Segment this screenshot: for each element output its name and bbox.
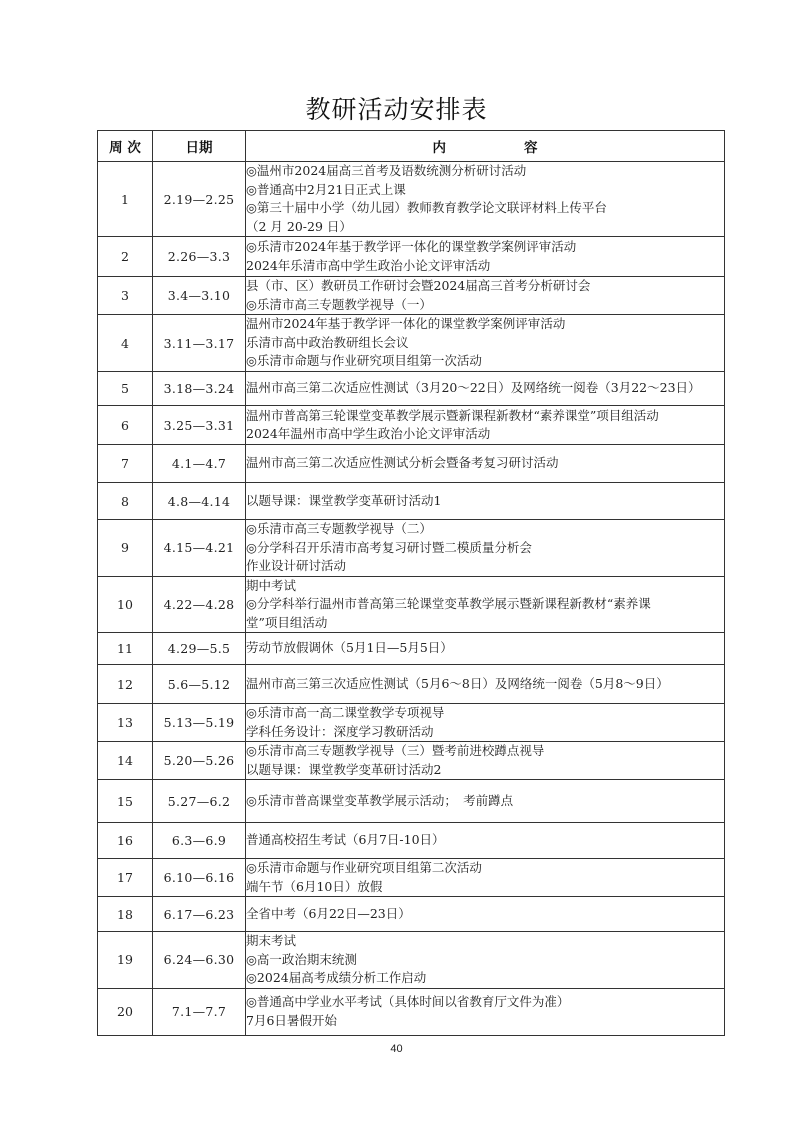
table-row: 135.13—5.19◎乐清市高一高二课堂教学专项视导学科任务设计：深度学习教研… (98, 704, 725, 742)
date-cell: 2.26—3.3 (153, 237, 246, 277)
date-cell: 3.18—3.24 (153, 372, 246, 406)
content-line: 乐清市高中政治教研组长会议 (246, 334, 724, 353)
table-row: 94.15—4.21◎乐清市高三专题教学视导（二）◎分学科召开乐清市高考复习研讨… (98, 520, 725, 577)
content-cell: 期末考试◎高一政治期末统测◎2024届高考成绩分析工作启动 (246, 932, 725, 989)
content-cell: 全省中考（6月22日—23日） (246, 897, 725, 932)
week-cell: 4 (98, 315, 153, 372)
table-row: 53.18—3.24温州市高三第二次适应性测试（3月20～22日）及网络统一阅卷… (98, 372, 725, 406)
table-row: 43.11—3.17温州市2024年基于教学评一体化的课堂教学案例评审活动乐清市… (98, 315, 725, 372)
content-line: ◎乐清市命题与作业研究项目组第二次活动 (246, 859, 724, 878)
header-content-right: 容 (524, 136, 538, 156)
date-cell: 6.10—6.16 (153, 859, 246, 897)
table-row: 166.3—6.9普通高校招生考试（6月7日-10日） (98, 823, 725, 859)
date-cell: 7.1—7.7 (153, 988, 246, 1035)
week-cell: 18 (98, 897, 153, 932)
content-line: 端午节（6月10日）放假 (246, 878, 724, 897)
content-line: 以题导课：课堂教学变革研讨活动2 (246, 761, 724, 780)
date-cell: 5.13—5.19 (153, 704, 246, 742)
content-cell: 温州市高三第二次适应性测试分析会暨备考复习研讨活动 (246, 445, 725, 483)
content-line: （2 月 20-29 日） (246, 218, 724, 237)
week-cell: 1 (98, 162, 153, 237)
content-line: ◎高一政治期末统测 (246, 951, 724, 970)
content-line: 2024年温州市高中学生政治小论文评审活动 (246, 425, 724, 444)
content-line: ◎乐清市2024年基于教学评一体化的课堂教学案例评审活动 (246, 238, 724, 257)
header-week: 周 次 (98, 131, 153, 162)
week-cell: 13 (98, 704, 153, 742)
table-row: 196.24—6.30期末考试◎高一政治期末统测◎2024届高考成绩分析工作启动 (98, 932, 725, 989)
content-line: ◎乐清市高三专题教学视导（三）暨考前进校蹲点视导 (246, 742, 724, 761)
content-line: ◎乐清市命题与作业研究项目组第一次活动 (246, 352, 724, 371)
content-cell: 期中考试◎分学科举行温州市普高第三轮课堂变革教学展示暨新课程新教材“素养课堂”项… (246, 576, 725, 633)
week-cell: 10 (98, 576, 153, 633)
content-line: 期中考试 (246, 577, 724, 596)
week-cell: 8 (98, 483, 153, 520)
content-line: 作业设计研讨活动 (246, 557, 724, 576)
content-line: 温州市2024年基于教学评一体化的课堂教学案例评审活动 (246, 315, 724, 334)
content-cell: 温州市高三第二次适应性测试（3月20～22日）及网络统一阅卷（3月22～23日） (246, 372, 725, 406)
week-cell: 14 (98, 742, 153, 780)
week-cell: 6 (98, 406, 153, 445)
week-cell: 7 (98, 445, 153, 483)
content-line: 温州市高三第二次适应性测试分析会暨备考复习研讨活动 (246, 454, 724, 473)
header-date: 日期 (153, 131, 246, 162)
content-line: ◎普通高中学业水平考试（具体时间以省教育厅文件为准） (246, 993, 724, 1012)
week-cell: 5 (98, 372, 153, 406)
week-cell: 2 (98, 237, 153, 277)
content-line: 劳动节放假调休（5月1日—5月5日） (246, 639, 724, 658)
table-row: 22.26—3.3◎乐清市2024年基于教学评一体化的课堂教学案例评审活动202… (98, 237, 725, 277)
content-line: 2024年乐清市高中学生政治小论文评审活动 (246, 257, 724, 276)
content-line: 温州市高三第二次适应性测试（3月20～22日）及网络统一阅卷（3月22～23日） (246, 379, 724, 398)
week-cell: 17 (98, 859, 153, 897)
date-cell: 3.4—3.10 (153, 277, 246, 315)
content-line: ◎第三十届中小学（幼儿园）教师教育教学论文联评材料上传平台 (246, 199, 724, 218)
page-number: 40 (0, 1043, 793, 1055)
table-row: 155.27—6.2◎乐清市普高课堂变革教学展示活动； 考前蹲点 (98, 780, 725, 823)
content-line: ◎乐清市普高课堂变革教学展示活动； 考前蹲点 (246, 792, 724, 811)
content-line: 堂”项目组活动 (246, 614, 724, 633)
content-cell: 劳动节放假调休（5月1日—5月5日） (246, 633, 725, 665)
table-row: 84.8—4.14以题导课：课堂教学变革研讨活动1 (98, 483, 725, 520)
content-cell: ◎温州市2024届高三首考及语数统测分析研讨活动◎普通高中2月21日正式上课◎第… (246, 162, 725, 237)
date-cell: 3.25—3.31 (153, 406, 246, 445)
week-cell: 3 (98, 277, 153, 315)
content-line: ◎乐清市高一高二课堂教学专项视导 (246, 704, 724, 723)
content-line: 温州市高三第三次适应性测试（5月6～8日）及网络统一阅卷（5月8～9日） (246, 675, 724, 694)
date-cell: 4.8—4.14 (153, 483, 246, 520)
content-line: ◎普通高中2月21日正式上课 (246, 181, 724, 200)
date-cell: 6.24—6.30 (153, 932, 246, 989)
content-cell: 县（市、区）教研员工作研讨会暨2024届高三首考分析研讨会◎乐清市高三专题教学视… (246, 277, 725, 315)
week-cell: 9 (98, 520, 153, 577)
table-row: 74.1—4.7温州市高三第二次适应性测试分析会暨备考复习研讨活动 (98, 445, 725, 483)
content-cell: 温州市普高第三轮课堂变革教学展示暨新课程新教材“素养课堂”项目组活动2024年温… (246, 406, 725, 445)
date-cell: 6.3—6.9 (153, 823, 246, 859)
content-line: ◎温州市2024届高三首考及语数统测分析研讨活动 (246, 162, 724, 181)
week-cell: 20 (98, 988, 153, 1035)
content-line: 县（市、区）教研员工作研讨会暨2024届高三首考分析研讨会 (246, 277, 724, 296)
date-cell: 4.29—5.5 (153, 633, 246, 665)
content-line: ◎分学科举行温州市普高第三轮课堂变革教学展示暨新课程新教材“素养课 (246, 595, 724, 614)
content-cell: ◎乐清市2024年基于教学评一体化的课堂教学案例评审活动2024年乐清市高中学生… (246, 237, 725, 277)
date-cell: 4.15—4.21 (153, 520, 246, 577)
content-cell: ◎乐清市高三专题教学视导（三）暨考前进校蹲点视导以题导课：课堂教学变革研讨活动2 (246, 742, 725, 780)
content-cell: ◎乐清市命题与作业研究项目组第二次活动端午节（6月10日）放假 (246, 859, 725, 897)
content-line: ◎乐清市高三专题教学视导（一） (246, 296, 724, 315)
table-row: 207.1—7.7◎普通高中学业水平考试（具体时间以省教育厅文件为准）7月6日暑… (98, 988, 725, 1035)
document-title: 教研活动安排表 (0, 90, 793, 126)
week-cell: 12 (98, 665, 153, 704)
date-cell: 4.1—4.7 (153, 445, 246, 483)
week-cell: 11 (98, 633, 153, 665)
content-cell: ◎乐清市普高课堂变革教学展示活动； 考前蹲点 (246, 780, 725, 823)
content-cell: 普通高校招生考试（6月7日-10日） (246, 823, 725, 859)
content-line: 期末考试 (246, 932, 724, 951)
date-cell: 6.17—6.23 (153, 897, 246, 932)
date-cell: 2.19—2.25 (153, 162, 246, 237)
week-cell: 16 (98, 823, 153, 859)
table-row: 125.6—5.12温州市高三第三次适应性测试（5月6～8日）及网络统一阅卷（5… (98, 665, 725, 704)
table-row: 114.29—5.5劳动节放假调休（5月1日—5月5日） (98, 633, 725, 665)
date-cell: 4.22—4.28 (153, 576, 246, 633)
table-row: 176.10—6.16◎乐清市命题与作业研究项目组第二次活动端午节（6月10日）… (98, 859, 725, 897)
content-cell: ◎乐清市高一高二课堂教学专项视导学科任务设计：深度学习教研活动 (246, 704, 725, 742)
content-cell: ◎普通高中学业水平考试（具体时间以省教育厅文件为准）7月6日暑假开始 (246, 988, 725, 1035)
table-row: 145.20—5.26◎乐清市高三专题教学视导（三）暨考前进校蹲点视导以题导课：… (98, 742, 725, 780)
content-cell: 温州市高三第三次适应性测试（5月6～8日）及网络统一阅卷（5月8～9日） (246, 665, 725, 704)
content-line: 温州市普高第三轮课堂变革教学展示暨新课程新教材“素养课堂”项目组活动 (246, 407, 724, 426)
date-cell: 5.20—5.26 (153, 742, 246, 780)
date-cell: 5.6—5.12 (153, 665, 246, 704)
table-header-row: 周 次 日期 内容 (98, 131, 725, 162)
table-row: 186.17—6.23全省中考（6月22日—23日） (98, 897, 725, 932)
week-cell: 15 (98, 780, 153, 823)
content-line: ◎2024届高考成绩分析工作启动 (246, 969, 724, 988)
content-line: ◎分学科召开乐清市高考复习研讨暨二模质量分析会 (246, 539, 724, 558)
content-line: ◎乐清市高三专题教学视导（二） (246, 520, 724, 539)
content-line: 学科任务设计：深度学习教研活动 (246, 723, 724, 742)
header-content-left: 内 (433, 136, 447, 156)
table-row: 63.25—3.31温州市普高第三轮课堂变革教学展示暨新课程新教材“素养课堂”项… (98, 406, 725, 445)
date-cell: 3.11—3.17 (153, 315, 246, 372)
content-line: 全省中考（6月22日—23日） (246, 905, 724, 924)
date-cell: 5.27—6.2 (153, 780, 246, 823)
content-line: 以题导课：课堂教学变革研讨活动1 (246, 492, 724, 511)
table-body: 12.19—2.25◎温州市2024届高三首考及语数统测分析研讨活动◎普通高中2… (98, 162, 725, 1036)
week-cell: 19 (98, 932, 153, 989)
schedule-table: 周 次 日期 内容 12.19—2.25◎温州市2024届高三首考及语数统测分析… (97, 130, 725, 1036)
content-cell: 温州市2024年基于教学评一体化的课堂教学案例评审活动乐清市高中政治教研组长会议… (246, 315, 725, 372)
content-line: 7月6日暑假开始 (246, 1012, 724, 1031)
table-row: 33.4—3.10县（市、区）教研员工作研讨会暨2024届高三首考分析研讨会◎乐… (98, 277, 725, 315)
content-line: 普通高校招生考试（6月7日-10日） (246, 831, 724, 850)
table-row: 104.22—4.28期中考试◎分学科举行温州市普高第三轮课堂变革教学展示暨新课… (98, 576, 725, 633)
table-row: 12.19—2.25◎温州市2024届高三首考及语数统测分析研讨活动◎普通高中2… (98, 162, 725, 237)
content-cell: 以题导课：课堂教学变革研讨活动1 (246, 483, 725, 520)
header-content: 内容 (246, 131, 725, 162)
content-cell: ◎乐清市高三专题教学视导（二）◎分学科召开乐清市高考复习研讨暨二模质量分析会作业… (246, 520, 725, 577)
